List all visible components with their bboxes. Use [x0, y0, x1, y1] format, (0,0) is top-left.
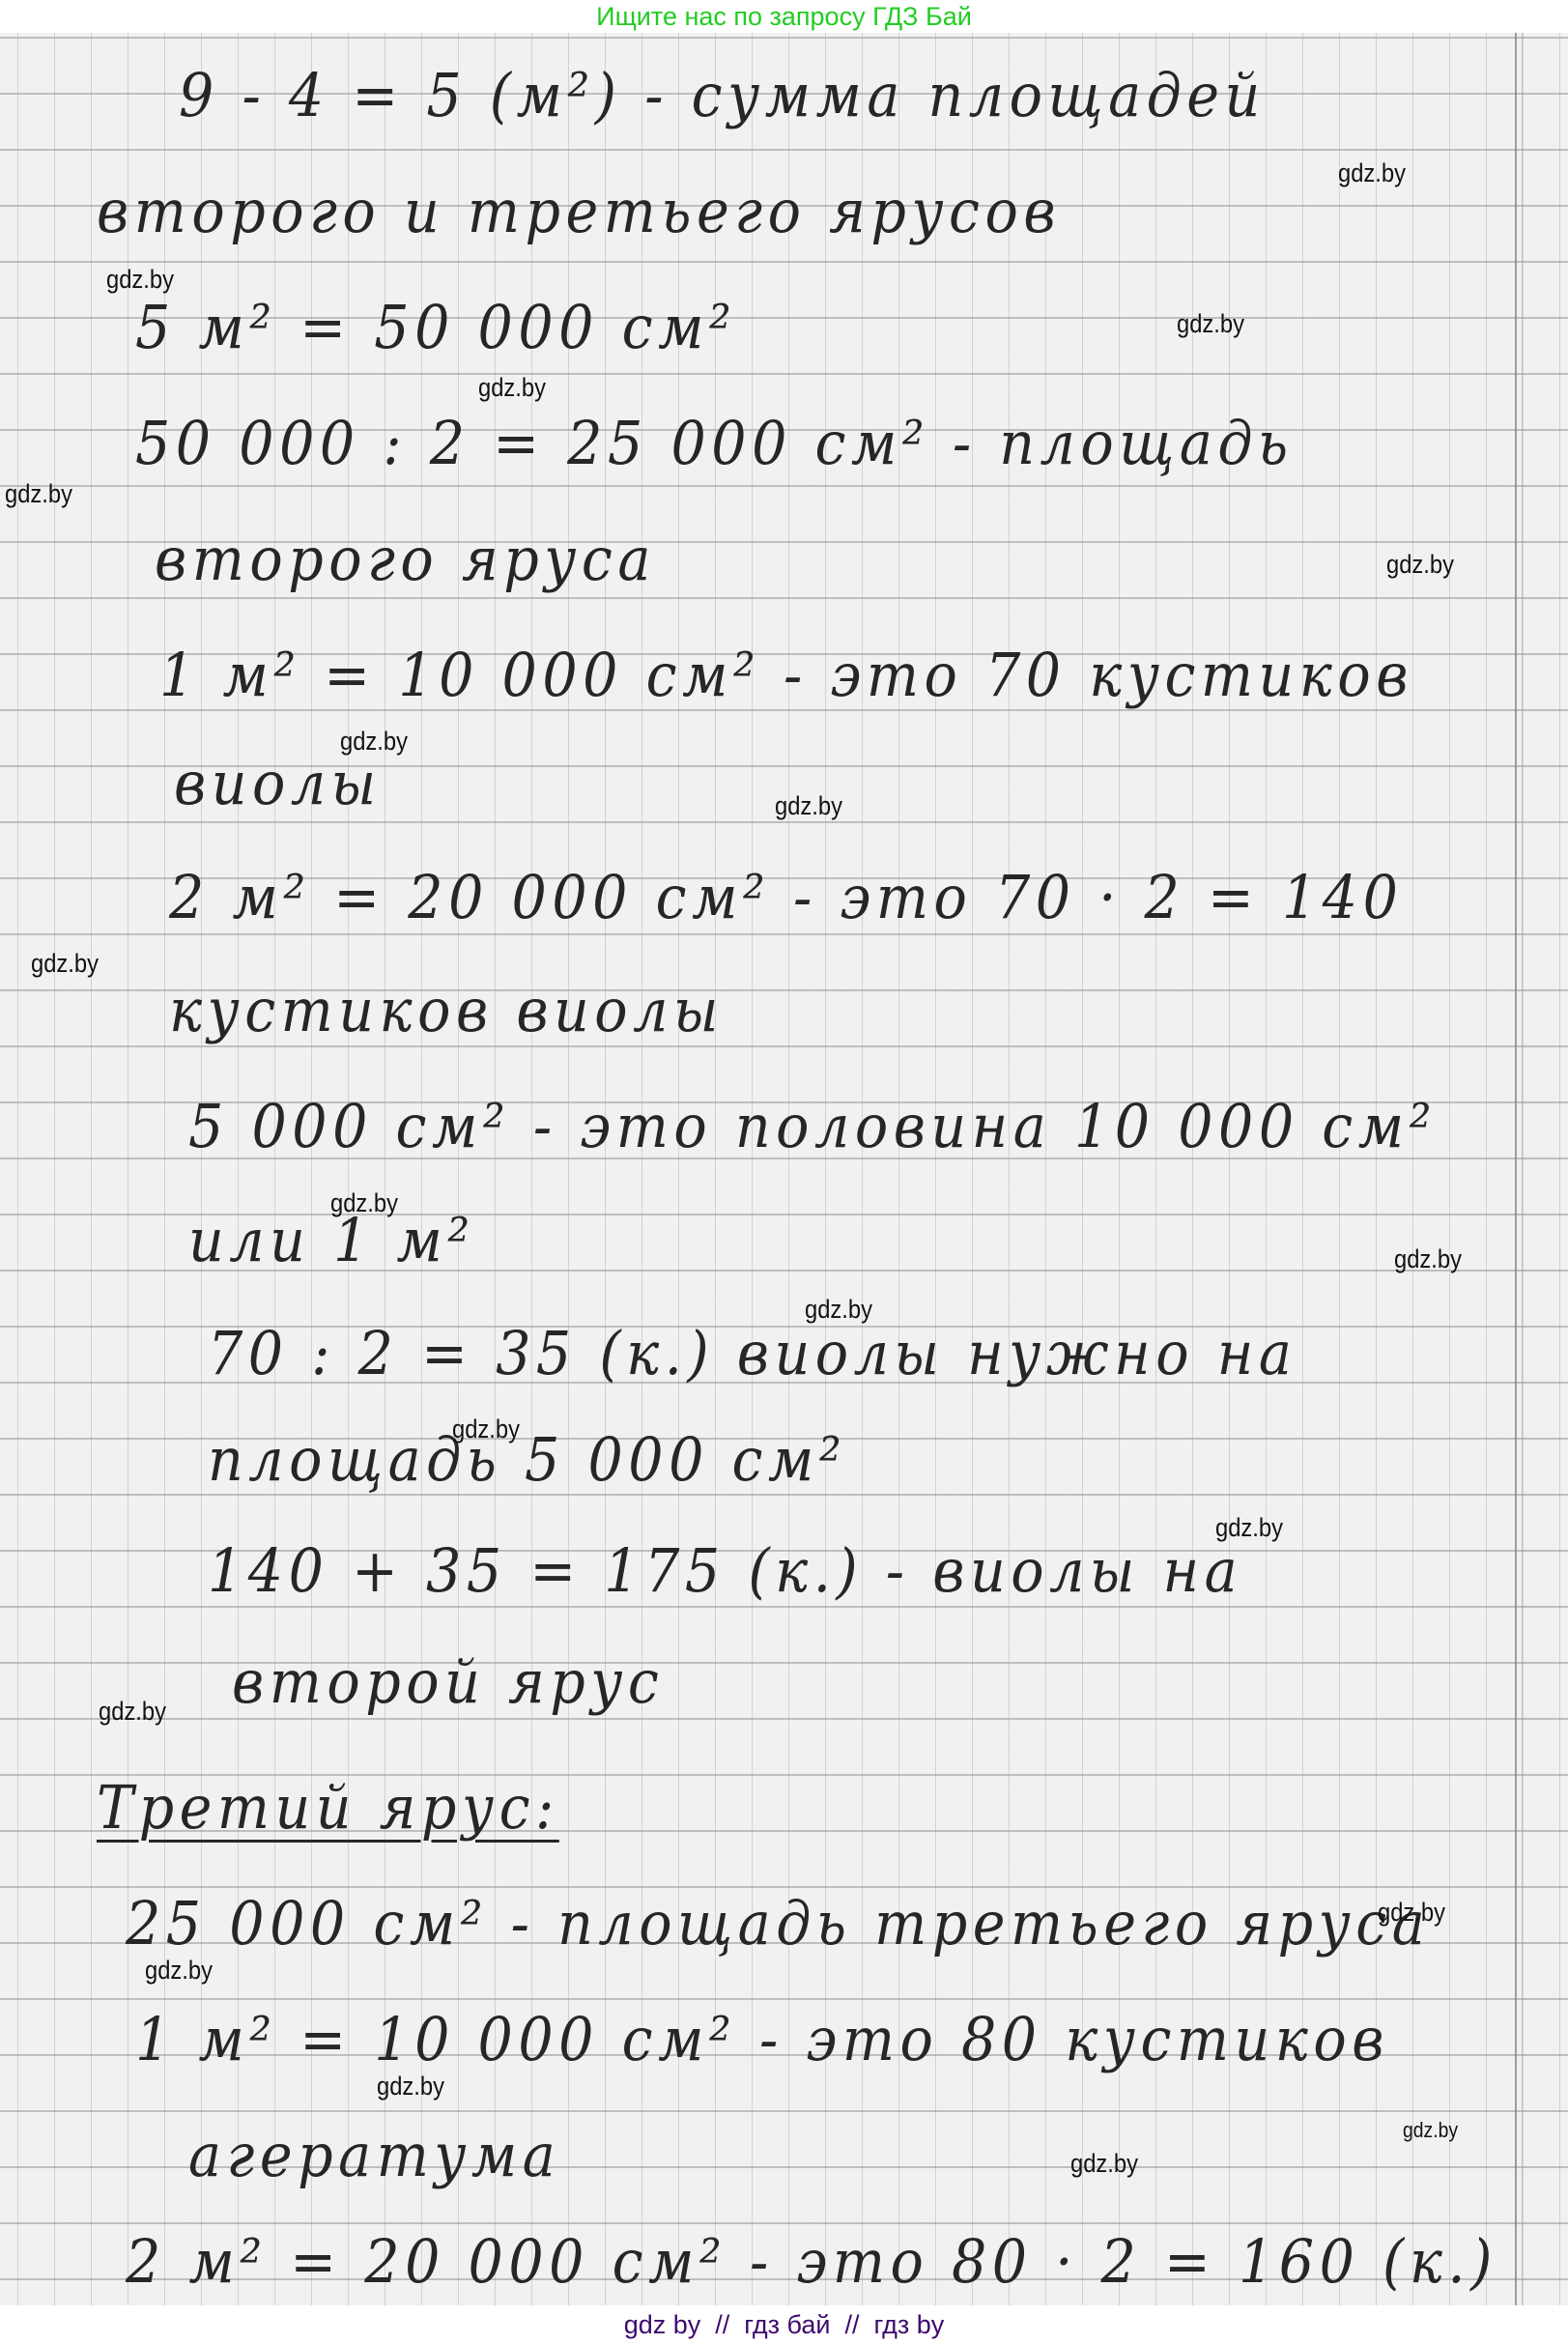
handwritten-line: второго и третьего ярусов [97, 176, 1061, 246]
watermark: gdz.by [145, 1956, 213, 1986]
watermark: gdz.by [5, 479, 72, 509]
footer-text: gdz by // гдз бай // гдз by [624, 2310, 945, 2339]
watermark: gdz.by [478, 373, 546, 403]
footer-watermark: gdz by // гдз бай // гдз by [0, 2305, 1568, 2344]
handwritten-line: 5 000 см² - это половина 10 000 см² [188, 1091, 1437, 1161]
handwritten-line: виолы [174, 748, 382, 818]
handwritten-line: 5 м² = 50 000 см² [135, 292, 736, 362]
section-heading-third-tier: Третий ярус: [97, 1772, 559, 1843]
handwritten-line: 50 000 : 2 = 25 000 см² - площадь [135, 408, 1294, 478]
handwritten-line: 2 м² = 20 000 см² - это 80 · 2 = 160 (к.… [126, 2226, 1497, 2297]
watermark: gdz.by [1403, 2118, 1458, 2143]
watermark: gdz.by [1338, 158, 1406, 188]
watermark: gdz.by [377, 2072, 444, 2101]
handwritten-line: второго яруса [155, 524, 656, 594]
watermark: gdz.by [1378, 1898, 1445, 1928]
handwritten-line: 70 : 2 = 35 (к.) виолы нужно на [208, 1318, 1297, 1388]
margin-line-secondary [1522, 33, 1523, 2305]
handwritten-line: 25 000 см² - площадь третьего яруса [126, 1888, 1430, 1958]
watermark: gdz.by [1394, 1244, 1462, 1274]
watermark: gdz.by [99, 1697, 166, 1727]
watermark: gdz.by [340, 727, 408, 757]
handwritten-line: 2 м² = 20 000 см² - это 70 · 2 = 140 [169, 862, 1403, 932]
handwritten-line: кустиков виолы [169, 975, 724, 1045]
watermark: gdz.by [805, 1295, 872, 1325]
watermark: gdz.by [1177, 309, 1244, 339]
watermark: gdz.by [106, 265, 174, 295]
margin-line [1515, 33, 1517, 2305]
watermark: gdz.by [330, 1188, 398, 1218]
search-hint-text: Ищите нас по запросу ГДЗ Бай [596, 2, 972, 31]
handwritten-line: 140 + 35 = 175 (к.) - виолы на [208, 1535, 1242, 1606]
watermark: gdz.by [452, 1415, 520, 1444]
search-hint-banner: Ищите нас по запросу ГДЗ Бай [0, 0, 1568, 33]
handwritten-line: 1 м² = 10 000 см² - это 70 кустиков [159, 640, 1413, 710]
handwritten-line: площадь 5 000 см² [208, 1424, 846, 1495]
handwritten-line: 1 м² = 10 000 см² - это 80 кустиков [135, 2004, 1389, 2074]
watermark: gdz.by [1386, 550, 1454, 580]
notebook-page-photo: 9 - 4 = 5 (м²) - сумма площадей второго … [0, 33, 1568, 2305]
handwritten-line: второй ярус [232, 1646, 664, 1717]
watermark: gdz.by [1070, 2149, 1138, 2179]
watermark: gdz.by [775, 791, 842, 821]
watermark: gdz.by [31, 949, 99, 979]
handwritten-line: 9 - 4 = 5 (м²) - сумма площадей [179, 60, 1266, 130]
handwritten-line: агератума [188, 2120, 560, 2190]
watermark: gdz.by [1215, 1513, 1283, 1543]
